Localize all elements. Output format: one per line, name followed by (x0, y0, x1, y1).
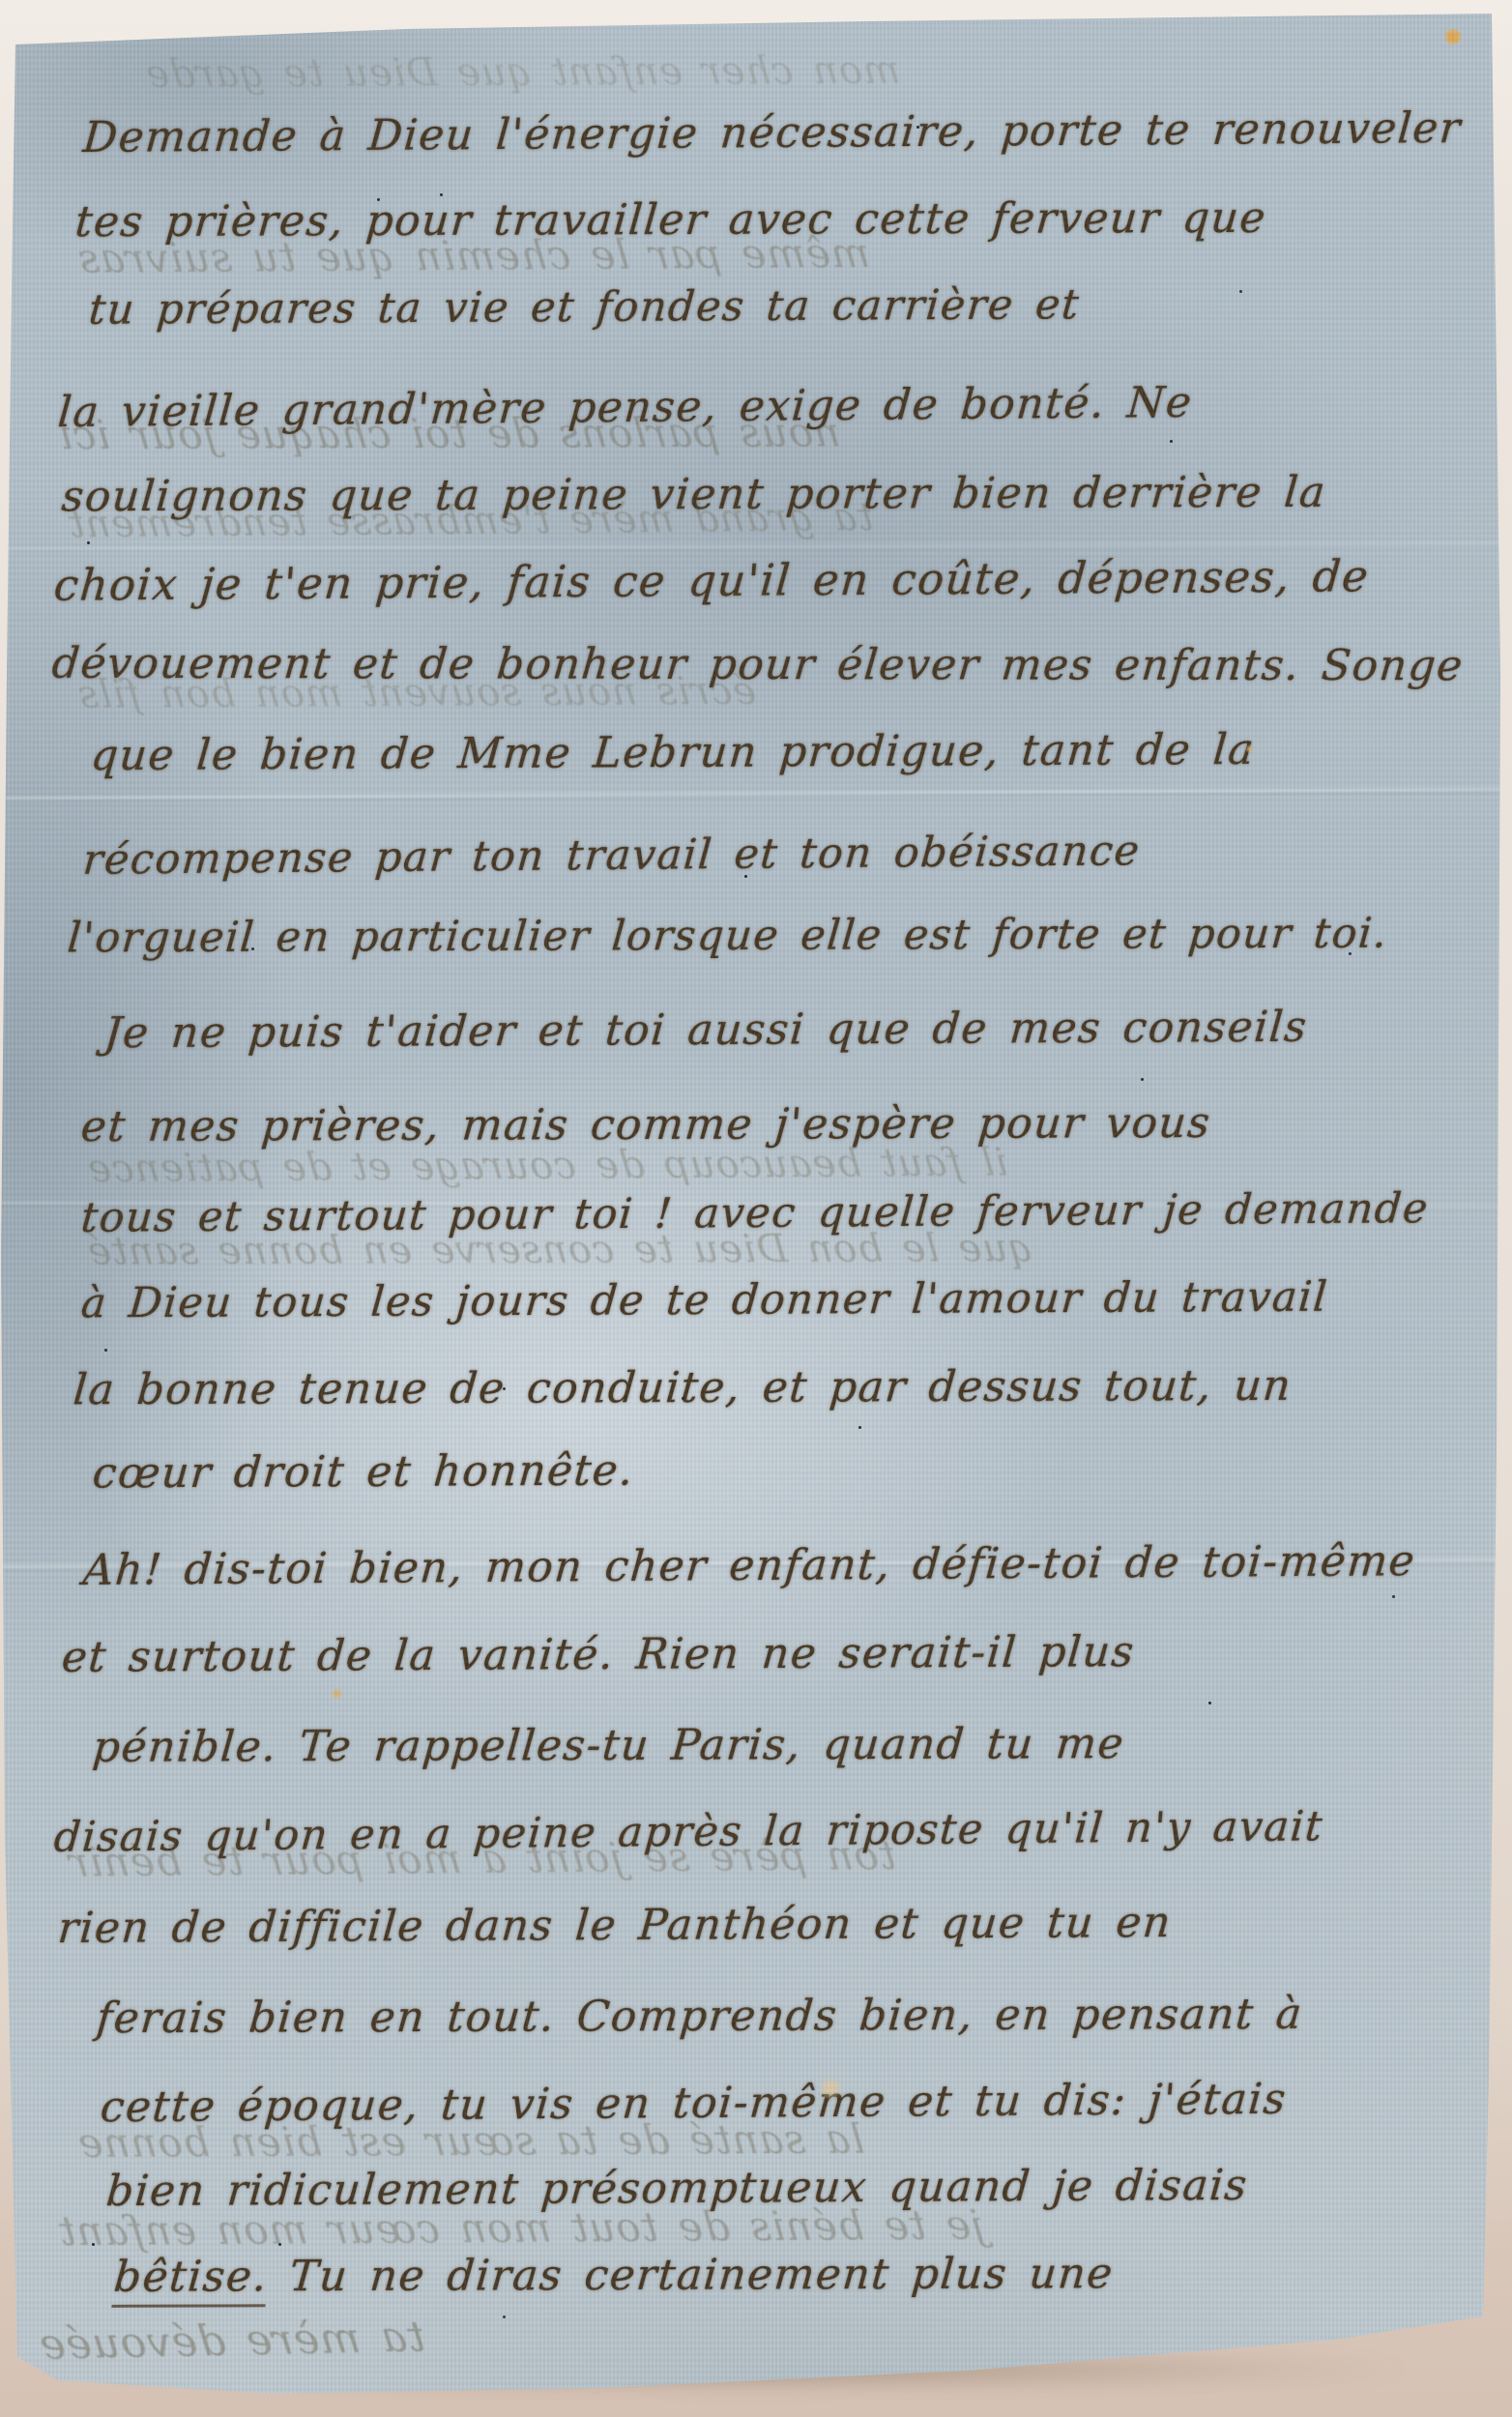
letter-line: la bonne tenue de conduite, et par dessu… (72, 1361, 1294, 1414)
letter-line: à Dieu tous les jours de te donner l'amo… (79, 1273, 1330, 1328)
letter-line: Je ne puis t'aider et toi aussi que de m… (102, 1003, 1310, 1059)
letter-line: que le bien de Mme Lebrun prodigue, tant… (89, 725, 1257, 780)
letter-line: récompense par ton travail et ton obéiss… (81, 827, 1143, 885)
letter-line: rien de difficile dans le Panthéon et qu… (56, 1898, 1174, 1953)
letter-line: la vieille grand'mère pense, exige de bo… (56, 378, 1195, 437)
foxing-stain (1444, 29, 1462, 44)
fold-crease (0, 786, 1512, 803)
letter-line: et mes prières, mais comme j'espère pour… (79, 1098, 1213, 1151)
bleed-through-line: la santé de ta sœur est bien bonne (75, 2115, 866, 2167)
letter-line: ferais bien en tout. Comprends bien, en … (95, 1990, 1305, 2043)
letter-line: tes prières, pour travailler avec cette … (73, 193, 1268, 247)
letter-line: bien ridiculement présomptueux quand je … (104, 2161, 1250, 2216)
foxing-stain (818, 2077, 843, 2100)
underlined-word: bêtise. (111, 2252, 270, 2308)
ink-speck (377, 198, 380, 201)
letter-line: dévouement et de bonheur pour élever mes… (50, 639, 1466, 691)
bleed-through-line: que le bon Dieu te conserve en bonne san… (85, 1226, 1035, 1273)
bleed-through-line: il faut beaucoup de courage et de patien… (85, 1141, 1009, 1192)
fold-crease (0, 1200, 1512, 1211)
letter-line: pénible. Te rappelles-tu Paris, quand tu… (91, 1719, 1126, 1772)
letter-line: cette époque, tu vis en toi-même et tu d… (99, 2075, 1289, 2133)
letter-page: mon cher enfant que Dieu te gardemême pa… (0, 0, 1512, 2417)
letter-line: soulignons que ta peine vient porter bie… (60, 468, 1328, 522)
letter-line: tous et surtout pour toi ! avec quelle f… (79, 1184, 1431, 1242)
letter-line: choix je t'en prie, fais ce qu'il en coû… (52, 550, 1372, 611)
letter-line: bêtise. Tu ne diras certainement plus un… (112, 2249, 1116, 2302)
bleed-through-line: nous parlons de toi chaque jour ici (56, 409, 842, 459)
letter-line: l'orgueil en particulier lorsque elle es… (66, 910, 1390, 963)
foxing-stain (1245, 744, 1254, 753)
fold-crease (0, 1558, 1512, 1572)
letter-line: tu prépares ta vie et fondes ta carrière… (87, 280, 1082, 334)
letter-line: disais qu'on en a peine après la riposte… (52, 1802, 1325, 1861)
bleed-through-line: ton père se joint à moi pour te bénir (66, 1831, 898, 1885)
bleed-through-line: écris nous souvent mon bon fils (75, 669, 758, 717)
fold-crease (0, 540, 1512, 553)
letter-photograph: mon cher enfant que Dieu te gardemême pa… (0, 0, 1512, 2417)
bleed-through-line: je te bénis de tout mon cœur mon enfant (56, 2201, 986, 2256)
foxing-stain (331, 1688, 343, 1700)
bleed-through-line: ta mère dévouée (37, 2313, 427, 2370)
bleed-through-line: ta grand mère t'embrasse tendrement (66, 495, 875, 546)
letter-line: Demande à Dieu l'énergie nécessaire, por… (81, 103, 1464, 162)
letter-line: cœur droit et honnête. (91, 1446, 636, 1499)
bleed-through-line: mon cher enfant que Dieu te garde (143, 48, 902, 97)
bleed-through-line: même par le chemin que tu suivras (75, 229, 872, 282)
letter-line: et surtout de la vanité. Rien ne serait-… (60, 1627, 1137, 1682)
